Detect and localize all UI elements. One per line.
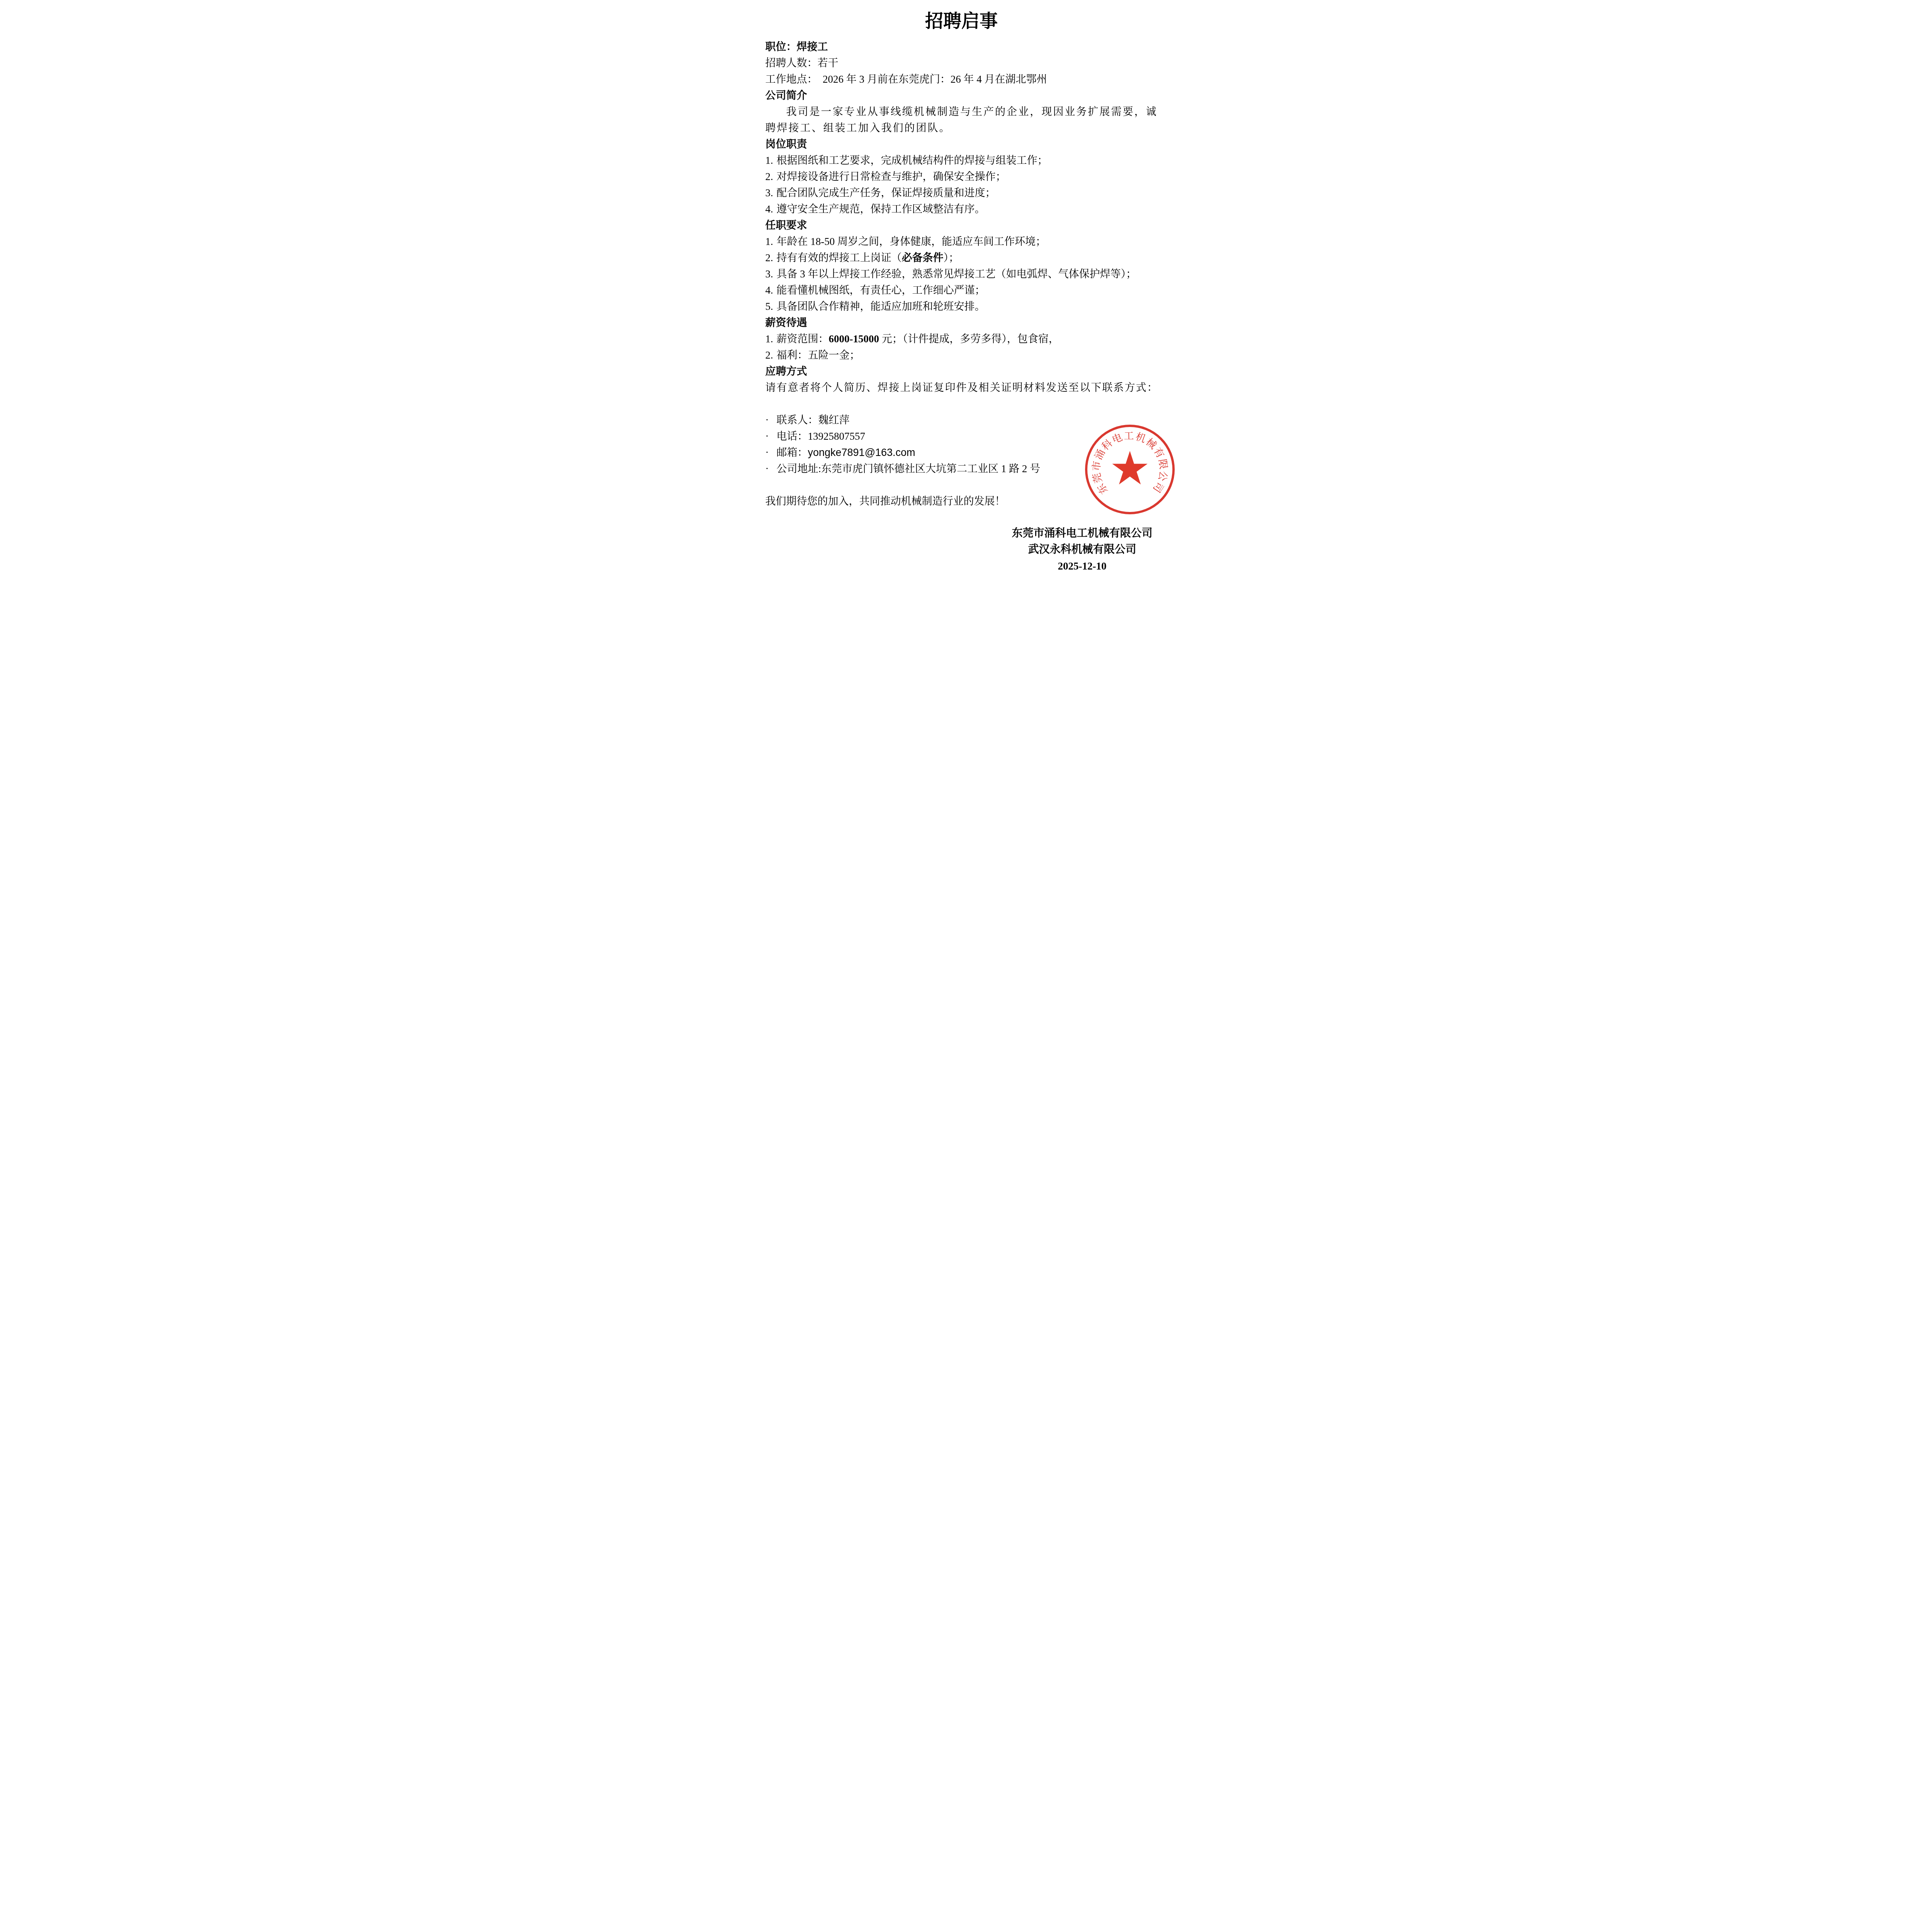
signature-date: 2025-12-10 bbox=[1007, 558, 1158, 574]
item-text: 能看懂机械图纸，有责任心，工作细心严谨； bbox=[777, 282, 1158, 298]
contact-item-address: · 公司地址:东莞市虎门镇怀德社区大坑第二工业区 1 路 2 号 bbox=[765, 461, 1158, 477]
item-number: 1. bbox=[765, 233, 777, 250]
salary-item: 1. 薪资范围：6000-15000 元；（计件提成，多劳多得），包食宿， bbox=[765, 331, 1158, 347]
closing-line: 我们期待您的加入，共同推动机械制造行业的发展！ bbox=[765, 493, 1158, 509]
contact-text: 联系人：魏红萍 bbox=[777, 412, 1158, 428]
job-position-line: 职位：焊接工 bbox=[765, 39, 1158, 55]
item-number: 5. bbox=[765, 298, 777, 315]
salary-item: 2. 福利：五险一金； bbox=[765, 347, 1158, 363]
section-heading-company-intro: 公司简介 bbox=[765, 87, 1158, 104]
bullet-icon: · bbox=[765, 412, 777, 428]
item-text: 福利：五险一金； bbox=[777, 347, 1158, 363]
item-text: 根据图纸和工艺要求，完成机械结构件的焊接与组装工作； bbox=[777, 152, 1158, 168]
duty-item: 4. 遵守安全生产规范，保持工作区域整洁有序。 bbox=[765, 201, 1158, 217]
signature-block: 东莞市涌科电工机械有限公司 武汉永科机械有限公司 2025-12-10 bbox=[1007, 526, 1158, 574]
requirement-item: 1. 年龄在 18-50 周岁之间，身体健康，能适应车间工作环境； bbox=[765, 233, 1158, 250]
item-text: 具备 3 年以上焊接工作经验，熟悉常见焊接工艺（如电弧焊、气体保护焊等）； bbox=[777, 266, 1158, 282]
item-number: 3. bbox=[765, 266, 777, 282]
duty-item: 2. 对焊接设备进行日常检查与维护，确保安全操作； bbox=[765, 168, 1158, 185]
item-text: 年龄在 18-50 周岁之间，身体健康，能适应车间工作环境； bbox=[777, 233, 1158, 250]
duty-item: 3. 配合团队完成生产任务，保证焊接质量和进度； bbox=[765, 185, 1158, 201]
contact-item-person: · 联系人：魏红萍 bbox=[765, 412, 1158, 428]
blank-line bbox=[765, 477, 1158, 493]
item-number: 1. bbox=[765, 152, 777, 168]
item-number: 4. bbox=[765, 282, 777, 298]
duty-item: 1. 根据图纸和工艺要求，完成机械结构件的焊接与组装工作； bbox=[765, 152, 1158, 168]
contact-text: 电话：13925807557 bbox=[777, 428, 1158, 444]
item-number: 2. bbox=[765, 168, 777, 185]
requirement-item: 4. 能看懂机械图纸，有责任心，工作细心严谨； bbox=[765, 282, 1158, 298]
section-heading-salary: 薪资待遇 bbox=[765, 315, 1158, 331]
document-title: 招聘启事 bbox=[765, 9, 1158, 34]
document-page: 招聘启事 职位：焊接工 招聘人数：若干 工作地点： 2026 年 3 月前在东莞… bbox=[719, 0, 1198, 575]
company-intro-paragraph: 我司是一家专业从事线缆机械制造与生产的企业，现因业务扩展需要，诚聘焊接工、组装工… bbox=[765, 104, 1158, 136]
contact-text: 公司地址:东莞市虎门镇怀德社区大坑第二工业区 1 路 2 号 bbox=[777, 461, 1158, 477]
section-heading-requirements: 任职要求 bbox=[765, 217, 1158, 233]
section-heading-duties: 岗位职责 bbox=[765, 136, 1158, 152]
blank-line bbox=[765, 509, 1158, 526]
item-text: 持有有效的焊接工上岗证（必备条件）； bbox=[777, 250, 1158, 266]
apply-paragraph: 请有意者将个人简历、焊接上岗证复印件及相关证明材料发送至以下联系方式： bbox=[765, 379, 1158, 396]
requirement-item: 3. 具备 3 年以上焊接工作经验，熟悉常见焊接工艺（如电弧焊、气体保护焊等）； bbox=[765, 266, 1158, 282]
requirement-item: 2. 持有有效的焊接工上岗证（必备条件）； bbox=[765, 250, 1158, 266]
contact-item-phone: · 电话：13925807557 bbox=[765, 428, 1158, 444]
item-text: 对焊接设备进行日常检查与维护，确保安全操作； bbox=[777, 168, 1158, 185]
contact-text: 邮箱：yongke7891@163.com bbox=[777, 444, 1158, 461]
contact-item-email: · 邮箱：yongke7891@163.com bbox=[765, 444, 1158, 461]
item-number: 2. bbox=[765, 250, 777, 266]
item-text: 薪资范围：6000-15000 元；（计件提成，多劳多得），包食宿， bbox=[777, 331, 1158, 347]
signature-company-1: 东莞市涌科电工机械有限公司 bbox=[1007, 526, 1158, 542]
item-number: 3. bbox=[765, 185, 777, 201]
requirement-item: 5. 具备团队合作精神，能适应加班和轮班安排。 bbox=[765, 298, 1158, 315]
item-text: 具备团队合作精神，能适应加班和轮班安排。 bbox=[777, 298, 1158, 315]
bullet-icon: · bbox=[765, 444, 777, 461]
bullet-icon: · bbox=[765, 461, 777, 477]
bullet-icon: · bbox=[765, 428, 777, 444]
item-number: 2. bbox=[765, 347, 777, 363]
section-heading-apply: 应聘方式 bbox=[765, 363, 1158, 379]
item-text: 遵守安全生产规范，保持工作区域整洁有序。 bbox=[777, 201, 1158, 217]
work-location-line: 工作地点： 2026 年 3 月前在东莞虎门：26 年 4 月在湖北鄂州 bbox=[765, 71, 1158, 87]
item-text: 配合团队完成生产任务，保证焊接质量和进度； bbox=[777, 185, 1158, 201]
blank-line bbox=[765, 396, 1158, 412]
item-number: 4. bbox=[765, 201, 777, 217]
headcount-line: 招聘人数：若干 bbox=[765, 55, 1158, 71]
signature-company-2: 武汉永科机械有限公司 bbox=[1007, 542, 1158, 558]
item-number: 1. bbox=[765, 331, 777, 347]
